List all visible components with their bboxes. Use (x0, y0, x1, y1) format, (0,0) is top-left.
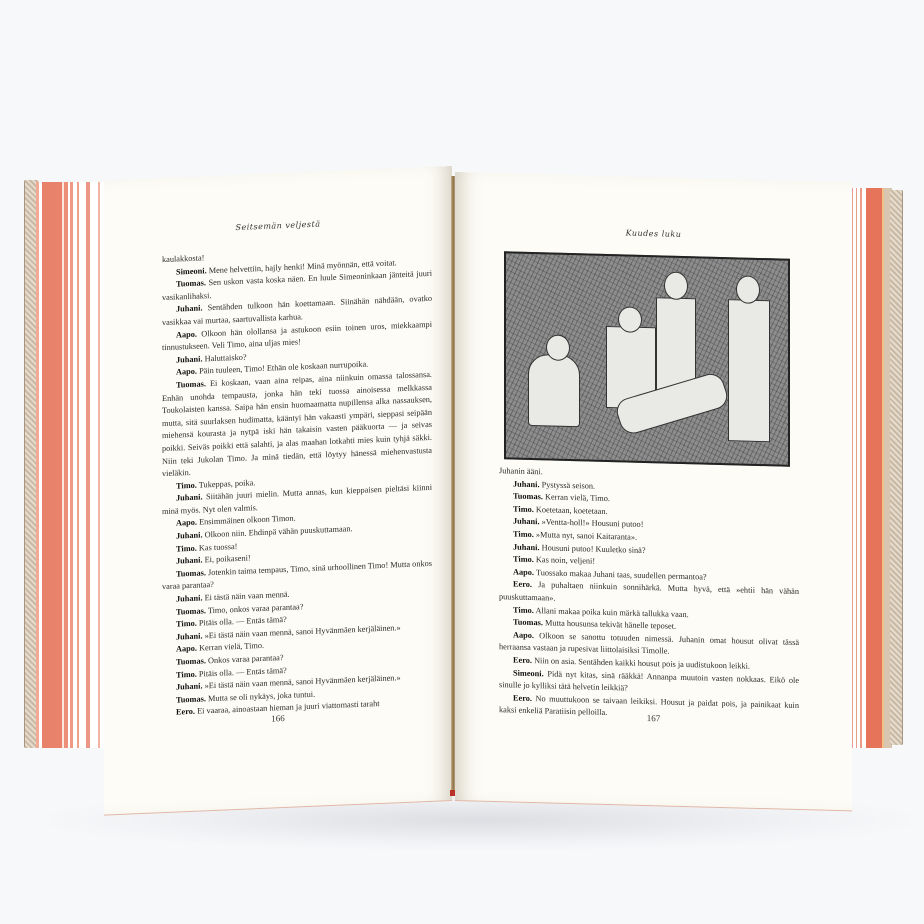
line-text: Pidä nyt kitas, sinä rääkkä! Annanpa muu… (499, 669, 799, 693)
line-text: Pitäis olla. — Entäs tämä? (199, 615, 287, 628)
speaker-name: Timo. (513, 529, 534, 539)
line-text: Timo, onkos varaa parantaa? (208, 602, 304, 615)
speaker-name: Juhani. (176, 531, 203, 541)
speaker-name: Juhani. (176, 556, 203, 566)
speaker-name: Tuomas. (176, 656, 206, 666)
speaker-name: Tuomas. (176, 379, 206, 389)
speaker-name: Juhani. (176, 682, 203, 692)
line-text: Ei, poikaseni! (205, 554, 251, 565)
speaker-name: Juhani. (513, 542, 540, 552)
speaker-name: Timo. (513, 605, 534, 615)
line-text: Allani makaa poika kuin märkä tallukka v… (535, 606, 688, 619)
line-text: Haluttaisko? (205, 352, 247, 363)
page-edges-right (850, 188, 892, 748)
speaker-name: Tuomas. (176, 606, 206, 616)
line-text: Kas tuossa! (199, 542, 237, 553)
book-cover-right-edge (890, 190, 903, 745)
speaker-name: Aapo. (513, 630, 534, 640)
running-head-left: Seitsemän veljestä (104, 214, 452, 238)
line-text: Mutta housunsa tekivät hänelle teposet. (545, 618, 676, 630)
line-text: Housuni putoo! Kuuletko sinä? (542, 543, 646, 555)
left-page-text: kaulakkosta!Simeoni. Mene helvettiin, ha… (162, 243, 432, 720)
speaker-name: Juhani. (176, 304, 203, 314)
speaker-name: Eero. (176, 707, 195, 717)
speaker-name: Juhani. (513, 479, 540, 489)
line-text: Olkoon se sanottu totuuden nimessä. Juha… (499, 631, 799, 656)
speaker-name: Timo. (176, 619, 197, 629)
left-page: Seitsemän veljestä kaulakkosta!Simeoni. … (104, 166, 452, 816)
line-text: Onkos varaa parantaa? (208, 653, 284, 665)
chapter-illustration (504, 251, 790, 466)
speaker-name: Timo. (513, 555, 534, 565)
speaker-name: Aapo. (176, 367, 197, 377)
right-page-text: Juhanin ääni.Juhani. Pystyssä seison.Tuo… (499, 465, 799, 725)
line-text: »Ventta-holl!» Housuni putoo! (542, 518, 644, 530)
speaker-name: Juhani. (513, 517, 540, 527)
speaker-name: Aapo. (176, 518, 197, 528)
figure-head (546, 334, 570, 361)
figure-head (736, 275, 760, 304)
speaker-name: Eero. (513, 655, 532, 664)
speaker-name: Tuomas. (176, 694, 206, 704)
line-text: Ensimmäinen olkoon Timon. (199, 514, 296, 527)
speaker-name: Tuomas. (176, 279, 206, 289)
speaker-name: Simeoni. (176, 266, 207, 276)
speaker-name: Tuomas. (513, 492, 543, 502)
line-text: »Mutta nyt, sanoi Kaitaranta». (536, 530, 637, 542)
line-text: Kerran vielä, Timo. (545, 493, 610, 504)
line-text: Tukeppas, poika. (199, 478, 256, 489)
speaker-name: Tuomas. (176, 568, 206, 578)
line-text: Kas noin, veljeni! (536, 555, 595, 566)
speaker-name: Tuomas. (513, 618, 543, 628)
dialogue-line: Tuomas. Ei koskaan, vaan aina reipas, ai… (162, 369, 432, 481)
speaker-name: Juhani. (176, 631, 203, 641)
speaker-name: Timo. (176, 543, 197, 553)
speaker-name: Aapo. (176, 329, 197, 339)
speaker-name: Juhani. (176, 354, 203, 364)
page-edges-left (36, 182, 106, 748)
speaker-name: Aapo. (176, 644, 197, 654)
speaker-name: Simeoni. (513, 668, 544, 678)
right-page: Kuudes luku Juhanin ääni.Juhani. Pystyss… (455, 172, 852, 811)
speaker-name: Juhani. (176, 493, 203, 503)
speaker-name: Juhani. (176, 593, 203, 603)
running-head-right: Kuudes luku (455, 224, 852, 243)
figure-head (618, 306, 642, 333)
speaker-name: Aapo. (513, 567, 534, 577)
line-text: Pystyssä seison. (542, 480, 595, 490)
line-text: Koetetaan, koetetaan. (536, 505, 608, 516)
speaker-name: Eero. (513, 580, 532, 589)
figure-head (664, 271, 688, 300)
speaker-name: Eero. (513, 693, 532, 702)
figure-standing-right (728, 299, 770, 442)
speaker-name: Timo. (513, 504, 534, 514)
speaker-name: Timo. (176, 480, 197, 490)
line-text: Ei tästä näin vaan mennä. (205, 590, 290, 603)
speaker-name: Timo. (176, 669, 197, 679)
figure-crouching (528, 354, 580, 427)
line-text: Juhanin ääni. (499, 466, 543, 476)
line-text: kaulakkosta! (162, 253, 204, 264)
line-text: Pitäis olla. — Entäs tämä? (199, 666, 287, 679)
line-text: Kerran vielä, Timo. (199, 641, 264, 653)
